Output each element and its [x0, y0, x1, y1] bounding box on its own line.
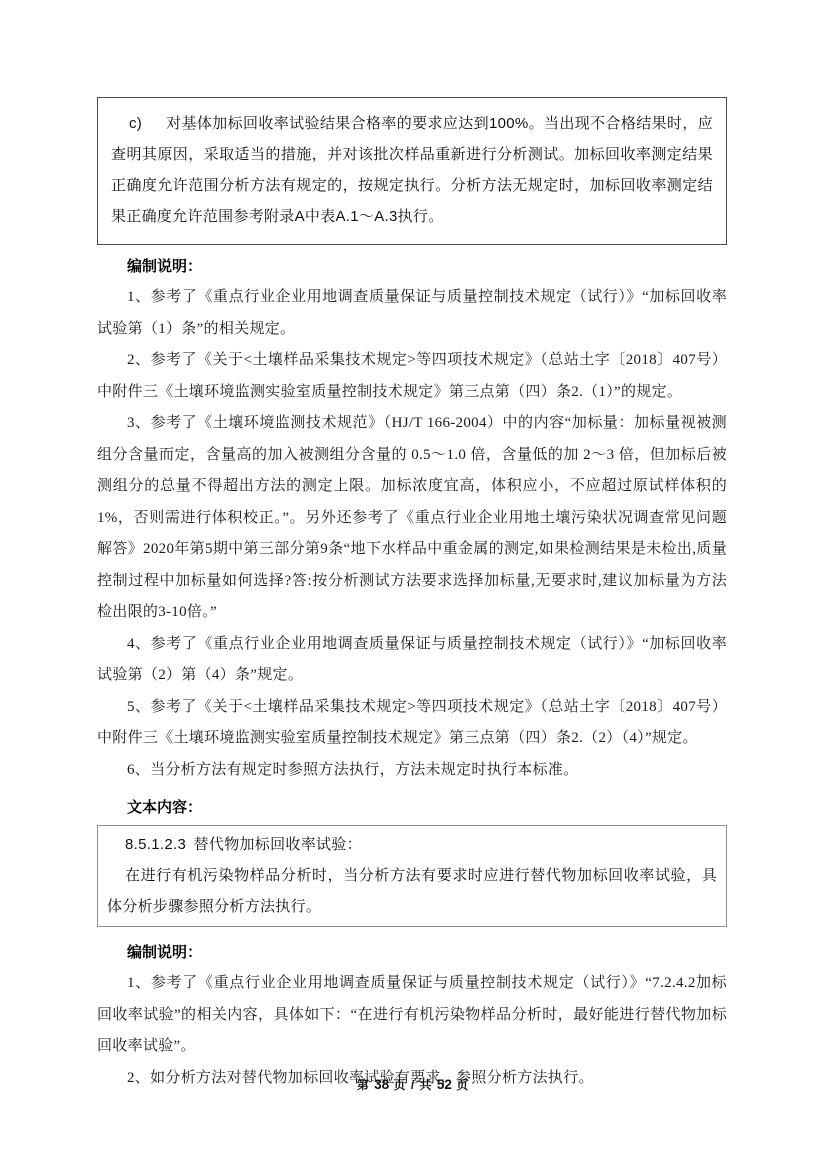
note-paragraph-1-6: 6、当分析方法有规定时参照方法执行，方法未规定时执行本标准。	[97, 755, 727, 787]
notes-heading-2: 编制说明：	[97, 937, 727, 968]
clause-title-line: 8.5.1.2.3替代物加标回收率试验：	[107, 829, 717, 860]
note-paragraph-1-2: 2、参考了《关于<土壤样品采集技术规定>等四项技术规定》（总站土字〔2018〕4…	[97, 345, 727, 408]
total-page-number: 52	[437, 1077, 452, 1092]
current-page-number: 38	[374, 1077, 389, 1092]
text-content-heading: 文本内容：	[97, 792, 727, 823]
footer-prefix: 第	[357, 1078, 370, 1092]
note-paragraph-2-1: 1、参考了《重点行业企业用地调查质量保证与质量控制技术规定（试行）》“7.2.4…	[97, 968, 727, 1063]
footer-suffix: 页	[456, 1078, 469, 1092]
page-footer: 第 38 页 / 共 52 页	[0, 1076, 826, 1093]
clause-text: c)对基体加标回收率试验结果合格率的要求应达到100%。当出现不合格结果时，应查…	[111, 108, 713, 232]
text-content-quote-box: 8.5.1.2.3替代物加标回收率试验： 在进行有机污染物样品分析时，当分析方法…	[97, 825, 727, 927]
clause-number: 8.5.1.2.3	[125, 836, 186, 853]
clause-item-label: c)	[129, 115, 142, 132]
clause-body-paragraph: 在进行有机污染物样品分析时，当分析方法有要求时应进行替代物加标回收率试验，具体分…	[107, 860, 717, 922]
clause-body-text: 对基体加标回收率试验结果合格率的要求应达到100%。当出现不合格结果时，应查明其…	[111, 115, 713, 225]
clause-title: 替代物加标回收率试验：	[194, 836, 362, 853]
note-paragraph-1-5: 5、参考了《关于<土壤样品采集技术规定>等四项技术规定》（总站土字〔2018〕4…	[97, 692, 727, 755]
document-page: c)对基体加标回收率试验结果合格率的要求应达到100%。当出现不合格结果时，应查…	[0, 0, 826, 1169]
note-paragraph-1-1: 1、参考了《重点行业企业用地调查质量保证与质量控制技术规定（试行）》“加标回收率…	[97, 282, 727, 345]
footer-mid: 页 / 共	[393, 1078, 432, 1092]
notes-heading-1: 编制说明：	[97, 251, 727, 282]
clause-quote-box: c)对基体加标回收率试验结果合格率的要求应达到100%。当出现不合格结果时，应查…	[97, 97, 727, 245]
note-paragraph-1-4: 4、参考了《重点行业企业用地调查质量保证与质量控制技术规定（试行）》“加标回收率…	[97, 629, 727, 692]
note-paragraph-1-3: 3、参考了《土壤环境监测技术规范》（HJ/T 166-2004）中的内容“加标量…	[97, 408, 727, 629]
